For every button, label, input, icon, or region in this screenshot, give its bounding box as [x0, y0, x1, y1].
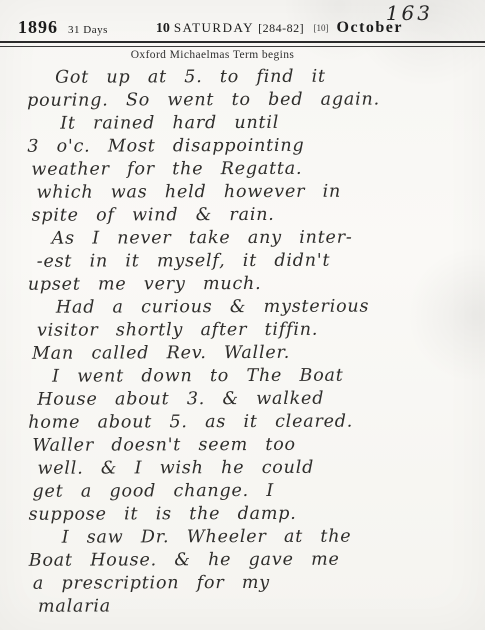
diary-line: I went down to The Boat — [28, 364, 465, 389]
header-year-group: 1896 31 Days — [18, 17, 108, 38]
diary-line: suppose it is the damp. — [29, 502, 466, 527]
double-rule-divider — [0, 41, 485, 47]
diary-line: I saw Dr. Wheeler at the — [38, 525, 466, 549]
diary-line: get a good change. I — [32, 479, 465, 504]
day-of-year-code: [284-82] — [258, 21, 304, 35]
diary-line: Got up at 5. to find it — [31, 65, 464, 90]
diary-line: weather for the Regatta. — [31, 157, 464, 182]
diary-line: which was held however in — [36, 180, 464, 204]
diary-line: Waller doesn't seem too — [32, 433, 465, 458]
handwritten-entry: Got up at 5. to find it pouring. So went… — [31, 65, 466, 619]
month-number: [10] — [314, 23, 329, 33]
header-month-group: [10] October — [314, 19, 403, 37]
diary-line: malaria — [38, 594, 466, 618]
diary-line: a prescription for my — [33, 571, 466, 596]
diary-line: It rained hard until — [36, 111, 464, 135]
printed-header: 1896 31 Days 10 SATURDAY [284-82] [10] O… — [0, 17, 485, 37]
diary-line: 3 o'c. Most disappointing — [27, 134, 464, 159]
diary-line: pouring. So went to bed again. — [27, 88, 464, 113]
diary-line: -est in it myself, it didn't — [37, 249, 465, 273]
printed-note: Oxford Michaelmas Term begins — [0, 49, 425, 61]
diary-line: upset me very much. — [28, 272, 465, 297]
diary-line: House about 3. & walked — [37, 387, 465, 411]
diary-page: 163 1896 31 Days 10 SATURDAY [284-82] [1… — [0, 0, 485, 630]
header-day-group: 10 SATURDAY [284-82] — [140, 19, 320, 37]
diary-line: Boat House. & he gave me — [29, 548, 466, 573]
year-label: 1896 — [18, 17, 58, 37]
day-number: 10 — [156, 21, 170, 36]
diary-line: home about 5. as it cleared. — [28, 410, 465, 435]
diary-line: As I never take any inter- — [28, 226, 465, 251]
month-name: October — [337, 19, 403, 36]
diary-line: visitor shortly after tiffin. — [37, 318, 465, 342]
diary-line: Man called Rev. Waller. — [32, 341, 465, 366]
day-name: SATURDAY — [174, 20, 254, 35]
days-in-month-label: 31 Days — [68, 24, 108, 36]
diary-line: spite of wind & rain. — [32, 203, 465, 228]
diary-line: well. & I wish he could — [37, 456, 465, 480]
diary-line: Had a curious & mysterious — [32, 295, 465, 320]
